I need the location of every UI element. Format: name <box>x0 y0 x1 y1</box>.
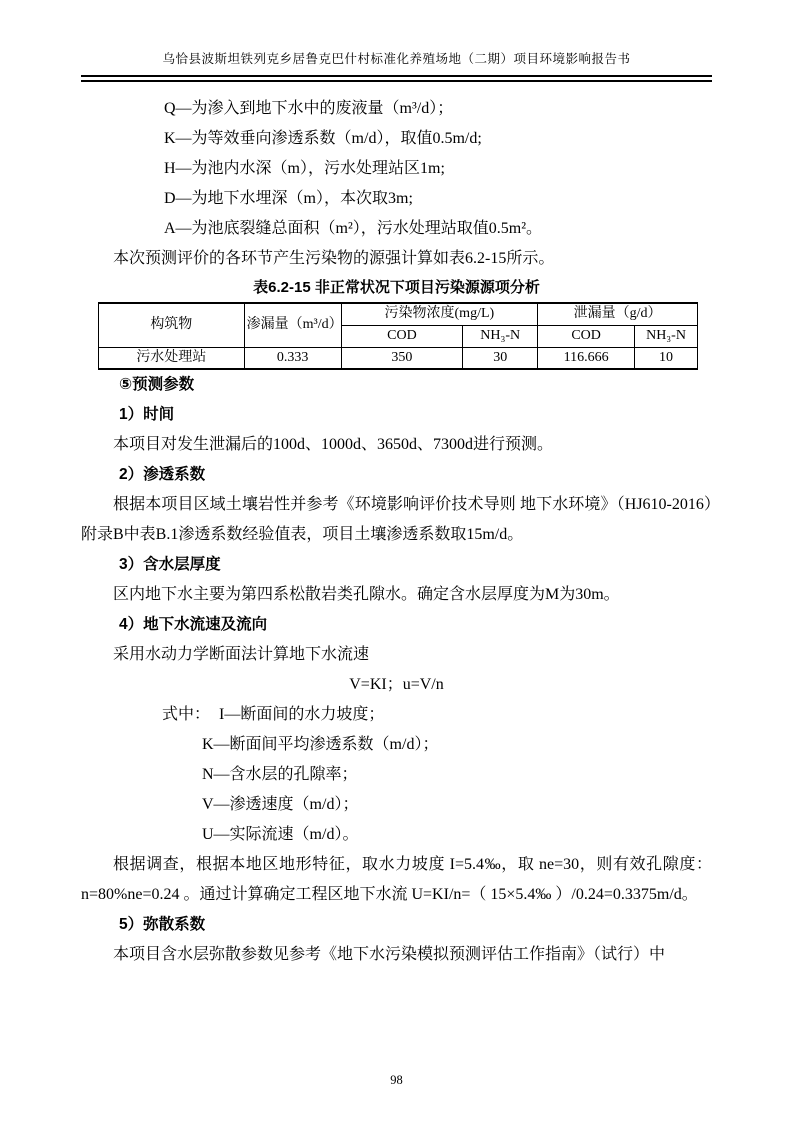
table-title: 表6.2-15 非正常状况下项目污染源源项分析 <box>81 274 712 302</box>
definition-h: H—为池内水深（m），污水处理站区1m; <box>81 154 712 184</box>
header-cell-leakage: 渗漏量（m³/d） <box>244 303 341 347</box>
cell-cod-leak: 116.666 <box>538 347 635 369</box>
heading-permeability: 2）渗透系数 <box>81 460 712 490</box>
cell-structure-name: 污水处理站 <box>99 347 245 369</box>
cell-leakage-value: 0.333 <box>244 347 341 369</box>
header-cell-nh3n-2: NH₃-N <box>635 325 698 347</box>
cell-nh3n-leak: 10 <box>635 347 698 369</box>
definition-q: Q—为渗入到地下水中的废液量（m³/d）； <box>81 94 712 124</box>
velocity-formula: V=KI；u=V/n <box>81 670 712 700</box>
paragraph-dispersion: 本项目含水层弥散参数见参考《地下水污染模拟预测评估工作指南》（试行）中 <box>81 940 712 970</box>
heading-dispersion: 5）弥散系数 <box>81 910 712 940</box>
page-number: 98 <box>0 1073 793 1088</box>
paragraph-permeability: 根据本项目区域土壤岩性并参考《环境影响评价技术导则 地下水环境》（HJ610-2… <box>81 490 712 550</box>
paragraph-survey: 根据调查，根据本地区地形特征，取水力坡度 I=5.4‰，取 ne=30，则有效孔… <box>81 850 712 910</box>
heading-predict-params: ⑤预测参数 <box>81 370 712 400</box>
definition-k: K—为等效垂向渗透系数（m/d），取值0.5m/d; <box>81 124 712 154</box>
where-item-v: V—渗透速度（m/d）； <box>81 790 712 820</box>
formula-where-line: 式中：I—断面间的水力坡度； <box>81 700 712 730</box>
cell-cod-concentration: 350 <box>341 347 463 369</box>
pollution-source-table: 构筑物 渗漏量（m³/d） 污染物浓度(mg/L) 泄漏量（g/d） COD N… <box>98 302 698 370</box>
header-cell-leak-group: 泄漏量（g/d） <box>538 303 698 325</box>
header-cell-nh3n-1: NH₃-N <box>463 325 538 347</box>
paragraph-time: 本项目对发生泄漏后的100d、1000d、3650d、7300d进行预测。 <box>81 430 712 460</box>
header-cell-concentration-group: 污染物浓度(mg/L) <box>341 303 538 325</box>
header-cell-cod-1: COD <box>341 325 463 347</box>
heading-groundwater-flow: 4）地下水流速及流向 <box>81 610 712 640</box>
heading-time: 1）时间 <box>81 400 712 430</box>
header-divider <box>81 75 712 82</box>
where-item-n: N—含水层的孔隙率； <box>81 760 712 790</box>
document-page: 乌恰县波斯坦铁列克乡居鲁克巴什村标准化养殖场地（二期）项目环境影响报告书 Q—为… <box>0 0 793 1122</box>
intro-paragraph: 本次预测评价的各环节产生污染物的源强计算如表6.2-15所示。 <box>81 244 712 274</box>
definition-a: A—为池底裂缝总面积（m²），污水处理站取值0.5m²。 <box>81 214 712 244</box>
where-item-k: K—断面间平均渗透系数（m/d）； <box>81 730 712 760</box>
header-cell-cod-2: COD <box>538 325 635 347</box>
report-title: 乌恰县波斯坦铁列克乡居鲁克巴什村标准化养殖场地（二期）项目环境影响报告书 <box>81 50 712 68</box>
page-header: 乌恰县波斯坦铁列克乡居鲁克巴什村标准化养殖场地（二期）项目环境影响报告书 <box>81 50 712 82</box>
where-label: 式中： <box>162 706 210 723</box>
table-header-row-1: 构筑物 渗漏量（m³/d） 污染物浓度(mg/L) 泄漏量（g/d） <box>99 303 698 325</box>
table-row: 污水处理站 0.333 350 30 116.666 10 <box>99 347 698 369</box>
definition-d: D—为地下水埋深（m），本次取3m; <box>81 184 712 214</box>
where-item-u: U—实际流速（m/d）。 <box>81 820 712 850</box>
where-item-i: I—断面间的水力坡度； <box>219 706 384 723</box>
paragraph-aquifer-thickness: 区内地下水主要为第四系松散岩类孔隙水。确定含水层厚度为M为30m。 <box>81 580 712 610</box>
paragraph-groundwater-flow: 采用水动力学断面法计算地下水流速 <box>81 640 712 670</box>
heading-aquifer-thickness: 3）含水层厚度 <box>81 550 712 580</box>
page-body: Q—为渗入到地下水中的废液量（m³/d）； K—为等效垂向渗透系数（m/d），取… <box>81 94 712 970</box>
cell-nh3n-concentration: 30 <box>463 347 538 369</box>
header-cell-structure: 构筑物 <box>99 303 245 347</box>
